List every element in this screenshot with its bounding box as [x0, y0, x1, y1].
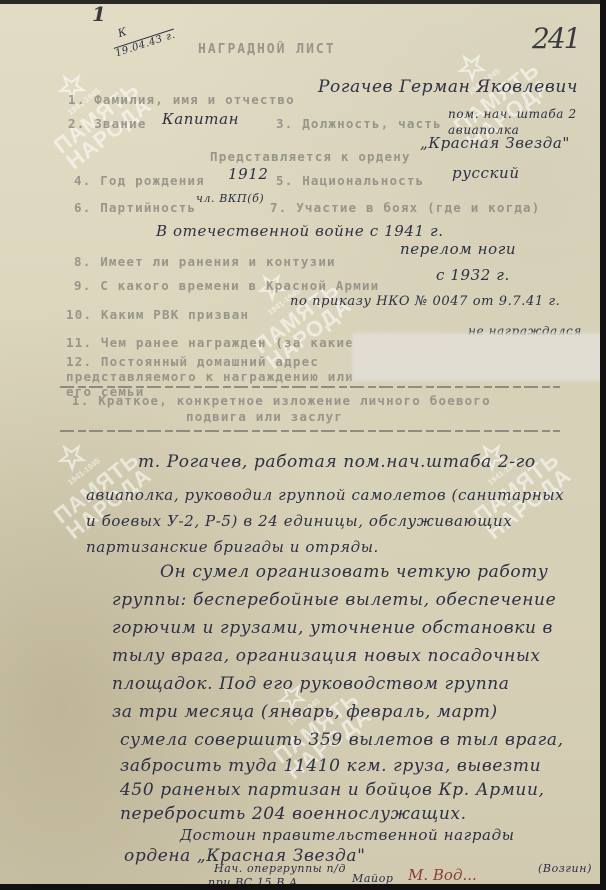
scan-edge [0, 0, 606, 4]
signatory-title-line1: Нач. опергруппы п/д [214, 862, 346, 875]
narrative-line: забросить туда 11410 кгм. груза, вывезти [120, 756, 541, 776]
field-value-birth-year: 1912 [228, 165, 269, 183]
field-value-army-since: с 1932 г. [436, 266, 510, 284]
field-value-party: чл. ВКП(б) [196, 192, 264, 205]
narrative-line: партизанские бригады и отряды. [86, 538, 379, 556]
field-label-8: 8. Имеет ли ранения и контузии [74, 254, 336, 269]
field-label-4: 4. Год рождения [74, 173, 205, 188]
narrative-line: горючим и грузами, уточнение обстановки … [112, 618, 553, 638]
narrative-line: Он сумел организовать четкую работу [160, 562, 548, 582]
field-value-name: Рогачев Герман Яковлевич [318, 77, 578, 97]
nominated-for-value: „Красная Звезда" [420, 134, 570, 152]
field-value-battles: В отечественной войне с 1941 г. [156, 222, 444, 240]
field-label-9: 9. С какого времени в Красной Армии [74, 278, 379, 293]
field-label-3: 3. Должность, часть [276, 116, 442, 131]
narrative-line: 450 раненых партизан и бойцов Кр. Армии, [120, 780, 545, 800]
narrative-line: Достоин правительственной награды [180, 826, 515, 844]
field-value-nationality: русский [452, 164, 520, 182]
section-title-line2: подвига или заслуг [186, 409, 343, 424]
divider [60, 386, 560, 388]
field-label-1: 1. Фамилия, имя и отчество [68, 92, 295, 107]
field-value-conscription: по приказу НКО № 0047 от 9.7.41 г. [290, 294, 560, 309]
redacted-address [352, 333, 606, 381]
field-value-rank: Капитан [162, 110, 239, 128]
field-label-5: 5. Национальность [276, 173, 424, 188]
field-value-wounds: перелом ноги [400, 240, 516, 258]
archive-number: 241 [532, 22, 579, 55]
signatory-name: (Возгин) [538, 862, 592, 875]
field-label-2: 2. Звание [68, 116, 147, 131]
divider [60, 430, 560, 432]
scan-edge [600, 0, 606, 890]
narrative-line: и боевых У-2, Р-5) в 24 единицы, обслужи… [86, 512, 512, 530]
narrative-line: т. Рогачев, работая пом.нач.штаба 2-го [138, 452, 536, 472]
document-title: НАГРАДНОЙ ЛИСТ [198, 42, 336, 57]
field-label-10: 10. Каким РВК призван [66, 307, 249, 322]
page-number: 1 [92, 2, 106, 26]
field-label-6: 6. Партийность [74, 200, 196, 215]
narrative-line: тылу врага, организация новых посадочных [112, 646, 541, 666]
section-title-line1: I. Краткое, конкретное изложение личного… [72, 393, 491, 408]
narrative-line: площадок. Под его руководством группа [112, 674, 510, 694]
scan-edge [0, 884, 606, 890]
narrative-line: сумела совершить 359 вылетов в тыл врага… [120, 730, 564, 750]
narrative-line: перебросить 204 военнослужащих. [120, 804, 467, 824]
narrative-line: группы: бесперебойные вылеты, обеспечени… [112, 590, 556, 610]
narrative-line: за три месяца (январь, февраль, март) [112, 702, 498, 722]
narrative-line: авиаполка, руководил группой самолетов (… [86, 486, 564, 504]
signature: М. Вод... [408, 866, 517, 885]
field-label-7: 7. Участие в боях (где и когда) [270, 200, 541, 215]
nominated-for-label: Представляется к ордену [210, 149, 411, 164]
